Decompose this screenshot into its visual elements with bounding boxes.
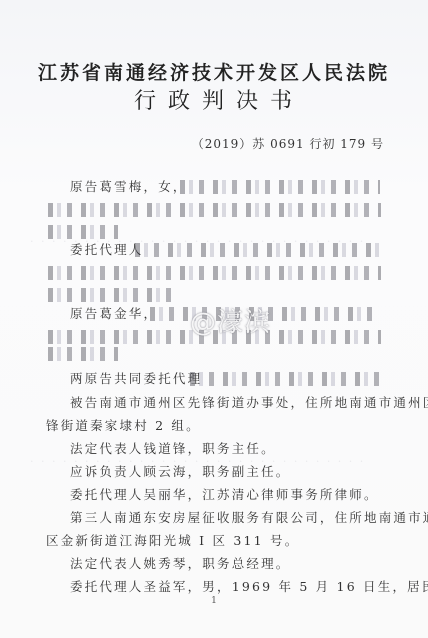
page-number: 1 [0,596,428,606]
case-number: （2019）苏 0691 行初 179 号 [192,135,384,152]
document-page: . . . . . . . . . . . . . . . . . . . . … [0,0,428,638]
third-party-legal-rep-line: 法定代表人姚秀琴，职务总经理。 [70,556,291,572]
redaction-block [48,203,381,217]
redaction-block [180,180,380,194]
plaintiff1-line: 原告葛雪梅，女， [70,179,188,195]
defendant-agent-line: 委托代理人吴丽华，江苏清心律师事务所律师。 [70,487,379,503]
defendant-line: 被告南通市通州区先锋街道办事处，住所地南通市通州区先 [70,395,428,411]
plaintiff2-line: 原告葛金华， [70,306,158,322]
defendant-respondent-line: 应诉负责人顾云海，职务副主任。 [70,464,291,480]
defendant-line-continued: 锋街道秦家埭村 2 组。 [46,418,201,434]
plaintiff1-agent-line: 委托代理人 [70,242,144,258]
redaction-block [48,347,118,361]
document-type: 行政判决书 [0,84,428,115]
third-party-line: 第三人南通东安房屋征收服务有限公司，住所地南通市通州 [70,510,428,526]
third-party-line-continued: 区金新街道江海阳光城 I 区 311 号。 [46,533,299,549]
joint-agent-line: 两原告共同委托代理 [70,371,202,387]
watermark: @濠滨 [190,302,271,339]
redaction-block [48,266,381,280]
court-name: 江苏省南通经济技术开发区人民法院 [0,58,428,85]
redaction-block [190,372,380,386]
redaction-block [48,288,176,302]
defendant-legal-rep-line: 法定代表人钱道锋，职务主任。 [70,441,276,457]
redaction-block [135,243,380,257]
third-party-agent-line: 委托代理人圣益军，男，1969 年 5 月 16 日生，居民身份证 [70,579,428,595]
redaction-block [48,225,118,239]
